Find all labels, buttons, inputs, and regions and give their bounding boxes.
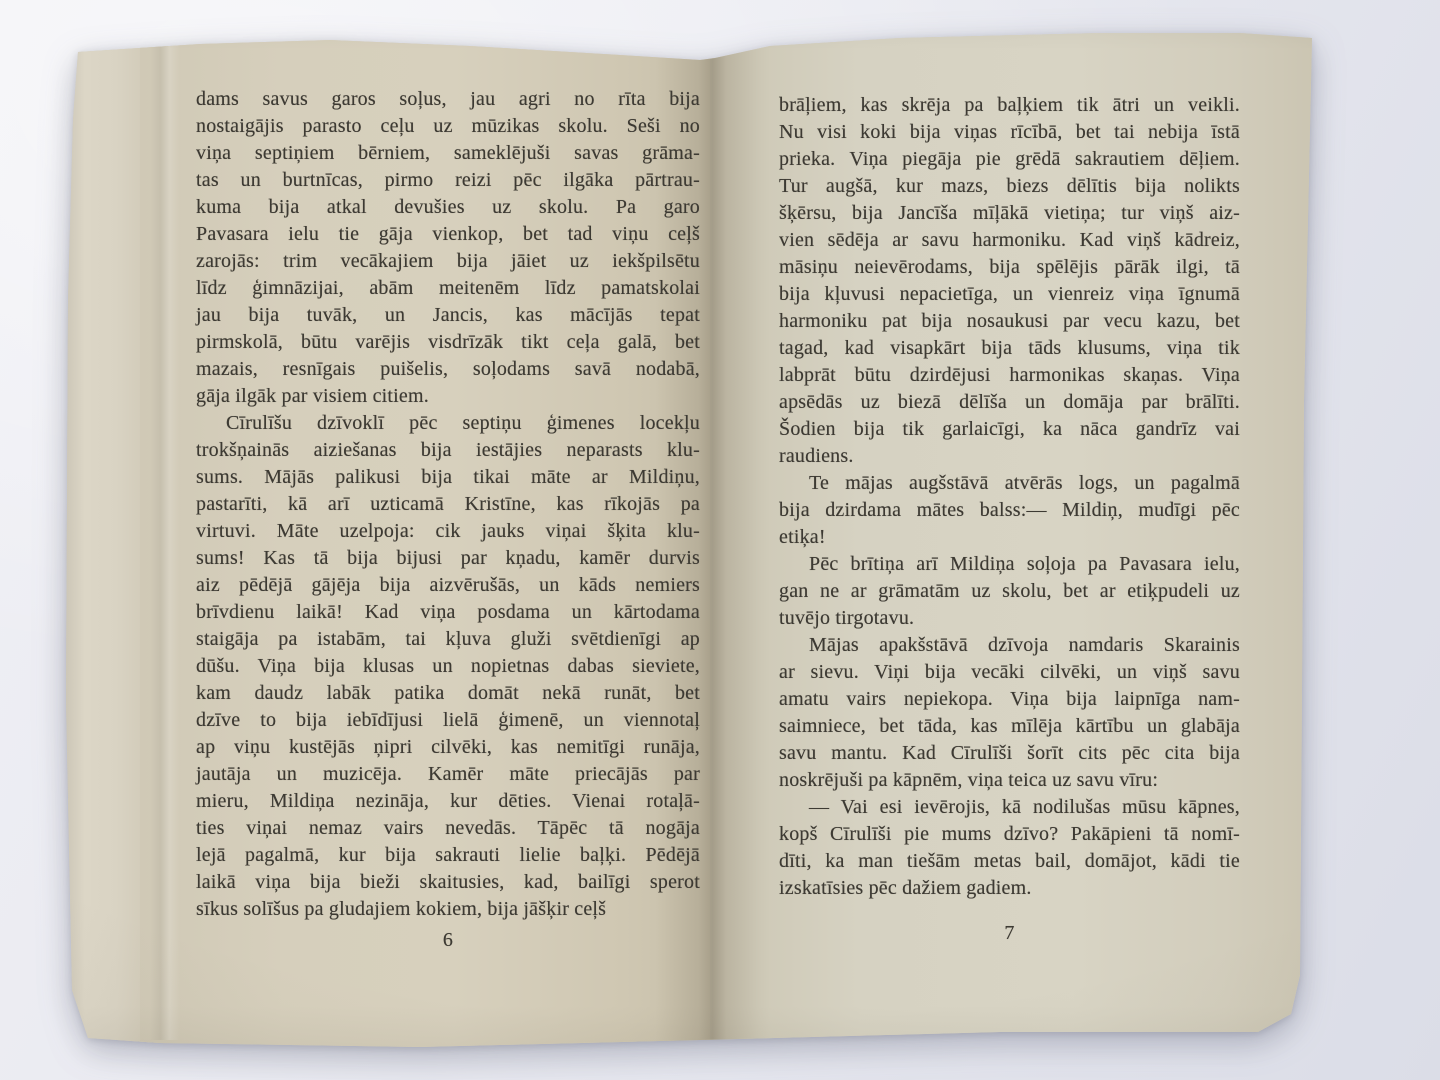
text-line: šķērsu, bija Jancīša mīļākā vietiņa; tur… bbox=[779, 200, 1240, 227]
page-number-left: 6 bbox=[196, 927, 700, 954]
open-book-pages: dams savus garos soļus, jau agri no rīta… bbox=[0, 0, 1440, 1080]
text-line: pastarīti, kā arī uzticamā Kristīne, kas… bbox=[196, 491, 700, 518]
text-line: etiķa! bbox=[779, 524, 1240, 551]
text-line: nostaigājis parasto ceļu uz mūzikas skol… bbox=[196, 113, 700, 140]
text-line: raudiens. bbox=[779, 443, 1240, 470]
text-line: jautāja un muzicēja. Kamēr māte priecājā… bbox=[196, 761, 700, 788]
text-line: savu mantu. Kad Cīrulīši šorīt cits pēc … bbox=[779, 740, 1240, 767]
text-line: mieru, Mildiņa nezināja, kur dēties. Vie… bbox=[196, 788, 700, 815]
text-line: apsēdās uz biezā dēlīša un domāja par br… bbox=[779, 389, 1240, 416]
text-line: sums! Kas tā bija bijusi par kņadu, kamē… bbox=[196, 545, 700, 572]
text-line: labprāt būtu dzirdējusi harmonikas skaņa… bbox=[779, 362, 1240, 389]
text-line: Šodien bija tik garlaicīgi, ka nāca gand… bbox=[779, 416, 1240, 443]
text-line: virtuvi. Māte uzelpoja: cik jauks viņai … bbox=[196, 518, 700, 545]
text-line: ap viņu kustējās ņipri cilvēki, kas nemi… bbox=[196, 734, 700, 761]
text-line: Te mājas augšstāvā atvērās logs, un paga… bbox=[779, 470, 1240, 497]
text-line: dūšu. Viņa bija klusas un nopietnas daba… bbox=[196, 653, 700, 680]
text-line: māsiņu neievērodams, bija spēlējis pārāk… bbox=[779, 254, 1240, 281]
text-line: Pēc brītiņa arī Mildiņa soļoja pa Pavasa… bbox=[779, 551, 1240, 578]
text-line: staigāja pa istabām, tai kļuva gluži svē… bbox=[196, 626, 700, 653]
text-line: vien sēdēja ar savu harmoniku. Kad viņš … bbox=[779, 227, 1240, 254]
book: dams savus garos soļus, jau agri no rīta… bbox=[0, 0, 1440, 1080]
text-line: noskrējuši pa kāpnēm, viņa teica uz savu… bbox=[779, 767, 1240, 794]
text-line: sīkus solīšus pa gludajiem kokiem, bija … bbox=[196, 896, 700, 923]
text-line: kopš Cīrulīši pie mums dzīvo? Pakāpieni … bbox=[779, 821, 1240, 848]
left-page-crease bbox=[150, 40, 180, 1040]
page-number-right: 7 bbox=[779, 920, 1240, 947]
text-line: Nu visi koki bija viņas rīcībā, bet tai … bbox=[779, 119, 1240, 146]
text-line: dams savus garos soļus, jau agri no rīta… bbox=[196, 86, 700, 113]
text-line: sums. Mājās palikusi bija tikai māte ar … bbox=[196, 464, 700, 491]
photo-backdrop: dams savus garos soļus, jau agri no rīta… bbox=[0, 0, 1440, 1080]
text-line: saimniece, bet tāda, kas mīlēja kārtību … bbox=[779, 713, 1240, 740]
text-line: kam daudz labāk patika domāt nekā runāt,… bbox=[196, 680, 700, 707]
text-line: ties viņai nemaz vairs nevedās. Tāpēc tā… bbox=[196, 815, 700, 842]
text-line: tas un burtnīcas, pirmo reizi pēc ilgāka… bbox=[196, 167, 700, 194]
text-line: gāja ilgāk par visiem citiem. bbox=[196, 383, 700, 410]
book-page-left: dams savus garos soļus, jau agri no rīta… bbox=[196, 86, 700, 954]
text-line: izskatīsies pēc dažiem gadiem. bbox=[779, 875, 1240, 902]
text-line: — Vai esi ievērojis, kā nodilušas mūsu k… bbox=[779, 794, 1240, 821]
text-line: mazais, resnīgais puišelis, soļodams sav… bbox=[196, 356, 700, 383]
text-line: dzīve to bija iebīdījusi lielā ģimenē, u… bbox=[196, 707, 700, 734]
book-page-right: brāļiem, kas skrēja pa baļķiem tik ātri … bbox=[779, 92, 1240, 947]
text-line: bija kļuvusi nepacietīga, un vienreiz vi… bbox=[779, 281, 1240, 308]
text-line: zarojās: trim vecākajiem bija jāiet uz i… bbox=[196, 248, 700, 275]
text-line: tagad, kad visapkārt bija tāds klusums, … bbox=[779, 335, 1240, 362]
text-line: Mājas apakšstāvā dzīvoja namdaris Skarai… bbox=[779, 632, 1240, 659]
text-line: lejā pagalmā, kur bija sakrauti lielie b… bbox=[196, 842, 700, 869]
text-line: līdz ģimnāzijai, abām meitenēm līdz pama… bbox=[196, 275, 700, 302]
text-line: tuvējo tirgotavu. bbox=[779, 605, 1240, 632]
text-line: pirmskolā, būtu varējis visdrīzāk tikt c… bbox=[196, 329, 700, 356]
text-line: laikā viņa bija bieži skaitusies, kad, b… bbox=[196, 869, 700, 896]
text-line: Tur augšā, kur mazs, biezs dēlītis bija … bbox=[779, 173, 1240, 200]
text-line: gan ne ar grāmatām uz skolu, bet ar etiķ… bbox=[779, 578, 1240, 605]
text-line: ar sievu. Viņi bija vecāki cilvēki, un v… bbox=[779, 659, 1240, 686]
text-line: amatu vairs nepiekopa. Viņa bija laipnīg… bbox=[779, 686, 1240, 713]
page-text-right: brāļiem, kas skrēja pa baļķiem tik ātri … bbox=[779, 92, 1240, 902]
text-line: trokšņainās aiziešanas bija iestājies ne… bbox=[196, 437, 700, 464]
text-line: dīti, ka man tiešām metas bail, domājot,… bbox=[779, 848, 1240, 875]
text-line: harmoniku pat bija nosaukusi par vecu ka… bbox=[779, 308, 1240, 335]
text-line: Cīrulīšu dzīvoklī pēc septiņu ģimenes lo… bbox=[196, 410, 700, 437]
page-text-left: dams savus garos soļus, jau agri no rīta… bbox=[196, 86, 700, 923]
text-line: jau bija tuvāk, un Jancis, kas mācījās t… bbox=[196, 302, 700, 329]
text-line: kuma bija atkal devušies uz skolu. Pa ga… bbox=[196, 194, 700, 221]
text-line: brīvdienu laikā! Kad viņa posdama un kār… bbox=[196, 599, 700, 626]
text-line: Pavasara ielu tie gāja vienkop, bet tad … bbox=[196, 221, 700, 248]
text-line: brāļiem, kas skrēja pa baļķiem tik ātri … bbox=[779, 92, 1240, 119]
text-line: viņa septiņiem bērniem, sameklējuši sava… bbox=[196, 140, 700, 167]
text-line: bija dzirdama mātes balss:— Mildiņ, mudī… bbox=[779, 497, 1240, 524]
text-line: prieka. Viņa piegāja pie grēdā sakrautie… bbox=[779, 146, 1240, 173]
text-line: aiz pēdējā gājēja bija aizvērušās, un kā… bbox=[196, 572, 700, 599]
